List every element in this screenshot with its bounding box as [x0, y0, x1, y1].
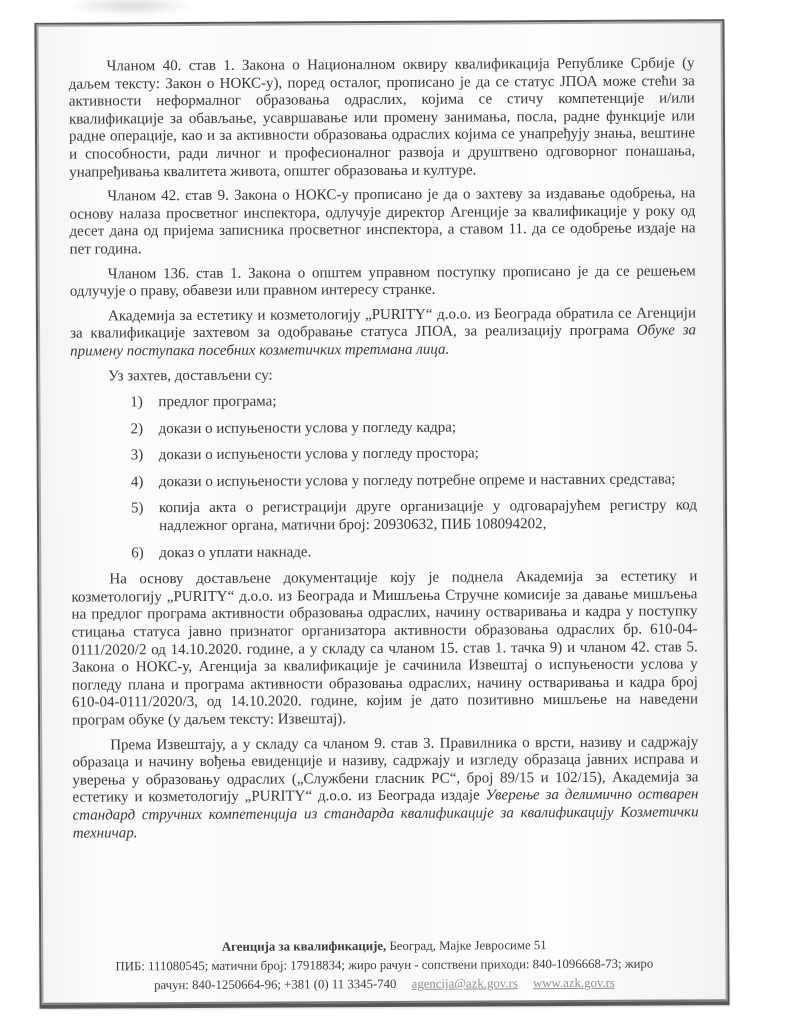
footer-ids-line: ПИБ: 111080545; матични број: 17918834; … — [43, 954, 725, 977]
footer-website-link: www.azk.gov.rs — [533, 976, 615, 990]
list-item-number: 5) — [131, 501, 159, 536]
footer-contact-line: рачун: 840-1250664-96; +381 (0) 11 3345-… — [43, 973, 725, 996]
footer-org-name: Агенција за квалификације, — [222, 939, 386, 954]
paragraph-report-basis: На основу достављене документације коју … — [71, 569, 698, 731]
list-item-text: докази о испуњености услова у погледу по… — [159, 471, 697, 491]
list-item: 3) докази о испуњености услова у погледу… — [71, 445, 697, 466]
list-item-text: докази о испуњености услова у погледу ка… — [159, 418, 697, 438]
paragraph-text: Академија за естетику и козметологију „P… — [70, 305, 696, 342]
paragraph-law-article-136: Чланом 136. став 1. Закона о општем упра… — [70, 263, 696, 301]
list-item-text: доказ о уплати накнаде. — [159, 542, 697, 562]
list-item: 5) копија акта о регистрацији друге орга… — [71, 498, 697, 536]
list-item: 4) докази о испуњености услова у погледу… — [71, 471, 697, 492]
list-item-number: 3) — [131, 447, 159, 465]
footer-org-address: Београд, Мајке Јевросиме 51 — [389, 938, 546, 953]
attachment-list-intro: Уз захтев, достављени су: — [70, 365, 696, 386]
list-item-text: докази о испуњености услова у погледу пр… — [159, 445, 697, 465]
paragraph-law-article-42: Чланом 42. став 9. Закона о НОКС-у пропи… — [69, 186, 695, 260]
footer-email-link: agencija@azk.gov.rs — [412, 976, 518, 991]
footer-account-phone: рачун: 840-1250664-96; +381 (0) 11 3345-… — [154, 977, 396, 992]
list-item-number: 2) — [131, 421, 159, 439]
paragraph-text: Чланом 40. став 1. Закона о Националном … — [69, 55, 695, 180]
list-item-number: 1) — [130, 394, 158, 412]
scan-artifact — [66, 0, 196, 16]
paragraph-request: Академија за естетику и козметологију „P… — [70, 305, 696, 361]
paragraph-conclusion: Према Извештају, а у складу са чланом 9.… — [72, 734, 699, 843]
attachment-list: 1) предлог програма; 2) докази о испуњен… — [70, 391, 697, 562]
list-item: 6) доказ о уплати накнаде. — [71, 542, 697, 563]
list-item-number: 6) — [131, 545, 159, 563]
footer: Агенција за квалификације, Београд, Мајк… — [43, 935, 725, 996]
paragraph-law-article-40: Чланом 40. став 1. Закона о Националном … — [69, 55, 696, 181]
list-item-text: копија акта о регистрацији друге организ… — [159, 498, 697, 536]
paragraph-text: Чланом 42. став 9. Закона о НОКС-у пропи… — [69, 186, 695, 258]
list-item: 1) предлог програма; — [70, 391, 696, 412]
paragraph-text: На основу достављене документације коју … — [71, 569, 698, 729]
document-body: Чланом 40. став 1. Закона о Националном … — [69, 55, 699, 849]
page-border-inner: Чланом 40. став 1. Закона о Националном … — [36, 21, 727, 1005]
page-border-frame: Чланом 40. став 1. Закона о Националном … — [34, 19, 729, 1009]
list-item: 2) докази о испуњености услова у погледу… — [71, 418, 697, 439]
scanned-page: Чланом 40. став 1. Закона о Националном … — [0, 0, 791, 1024]
list-item-number: 4) — [131, 474, 159, 492]
paragraph-text: Чланом 136. став 1. Закона о општем упра… — [70, 263, 696, 300]
list-item-text: предлог програма; — [158, 391, 696, 411]
